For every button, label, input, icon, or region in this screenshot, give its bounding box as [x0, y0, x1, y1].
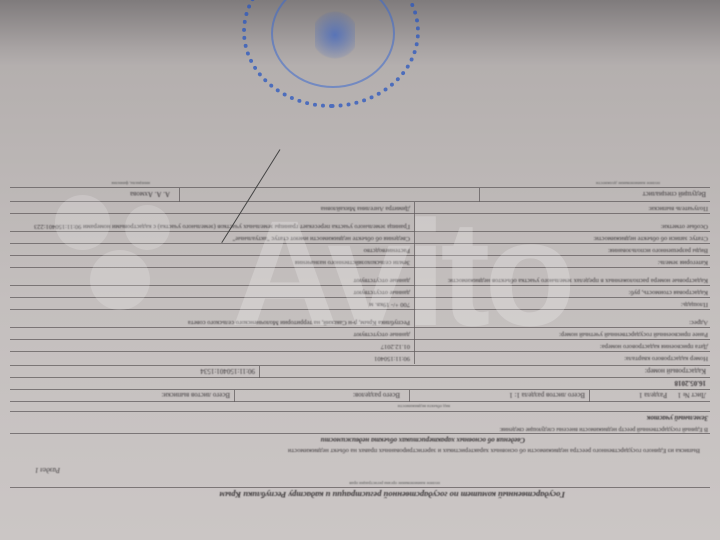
sheet-number: Лист № 1 Раздела 1 — [639, 391, 706, 399]
watermark-dot — [90, 250, 150, 310]
watermark-dot — [125, 205, 170, 250]
object-type: Земельный участок — [647, 414, 708, 422]
document-subtitle: Сведения об основных характеристиках объ… — [321, 436, 525, 444]
watermark-dot — [55, 195, 110, 250]
position-caption: полное наименование должности — [596, 181, 660, 186]
section-label: Раздел 1 — [35, 466, 60, 474]
cadastral-number-label: Кадастровый номер: — [645, 367, 706, 375]
authority-name: Государственный комитет по государственн… — [219, 490, 565, 500]
cadastral-number: 90:11:150401:1534 — [200, 367, 255, 375]
sections-total: Всего разделов: — [353, 391, 400, 399]
signer-name: А. А. Ахмова — [130, 190, 170, 198]
document-title: Выписка из Единого государственного реес… — [288, 447, 700, 454]
emblem-icon — [315, 10, 355, 60]
document-date: 16.05.2018 — [675, 379, 707, 387]
document-photo: Государственный комитет по государственн… — [0, 0, 720, 540]
intro-text: В Единый государственный реестр недвижим… — [499, 426, 708, 432]
avito-watermark: Avito — [231, 187, 570, 360]
divider — [179, 188, 180, 202]
object-caption: вид объекта недвижимости — [398, 404, 450, 409]
name-caption: инициалы, фамилия — [112, 181, 151, 186]
sheets-in-section: Всего листов раздела 1: 1 — [509, 391, 585, 399]
sheets-total: Всего листов выписки: — [162, 391, 230, 399]
signer-position: Ведущий специалист — [643, 190, 706, 198]
authority-caption: полное наименование органа регистрации п… — [349, 481, 440, 486]
